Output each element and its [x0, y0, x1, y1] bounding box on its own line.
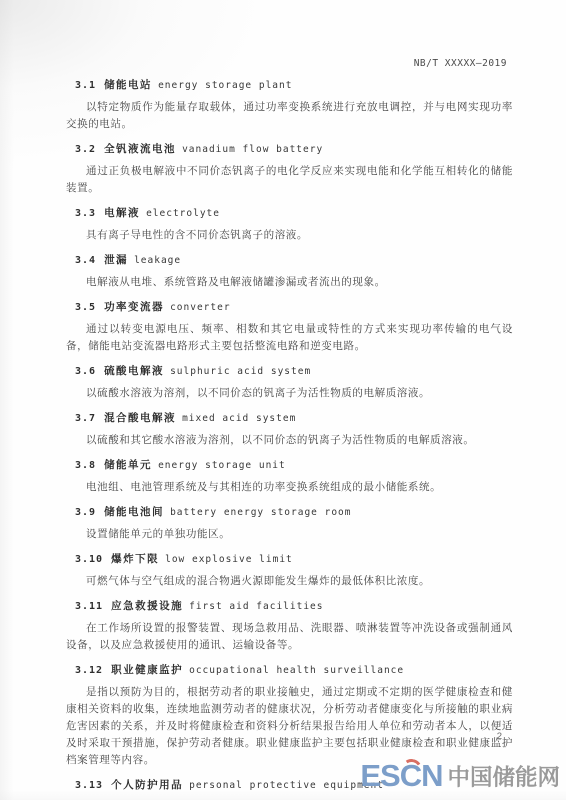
term-number: 3.4 [75, 255, 96, 266]
term-heading: 3.12职业健康监护occupational health surveillan… [75, 662, 513, 678]
term-heading: 3.11应急救援设施first aid facilities [75, 598, 513, 614]
escn-watermark-logo: ESCN中国储能网 [360, 756, 560, 800]
term-number: 3.8 [75, 460, 96, 471]
term-heading: 3.8储能单元energy storage unit [75, 457, 513, 473]
term-chinese: 应急救援设施 [111, 600, 183, 612]
document-content: NB/T XXXXX—2019 3.1储能电站energy storage pl… [66, 58, 513, 799]
term-english: low explosive limit [165, 554, 293, 565]
escn-logo-chinese: 中国储能网 [447, 765, 560, 790]
term-definition: 可燃气体与空气组成的混合物遇火源即能发生爆炸的最低体积比浓度。 [66, 573, 513, 590]
term-chinese: 职业健康监护 [111, 664, 183, 676]
term-chinese: 个人防护用品 [111, 779, 183, 791]
term-english: leakage [134, 255, 181, 266]
term-number: 3.2 [75, 144, 96, 155]
term-english: electrolyte [146, 208, 220, 219]
term-chinese: 储能单元 [104, 459, 152, 471]
term-heading: 3.1储能电站energy storage plant [75, 77, 513, 93]
term-section-3-6: 3.6硫酸电解液sulphuric acid system 以硫酸水溶液为溶剂，… [66, 363, 513, 402]
term-chinese: 储能电池间 [104, 506, 164, 518]
term-definition: 设置储能单元的单独功能区。 [66, 526, 513, 543]
term-heading: 3.7混合酸电解液mixed acid system [75, 410, 513, 426]
term-section-3-8: 3.8储能单元energy storage unit 电池组、电池管理系统及与其… [66, 457, 513, 496]
term-number: 3.7 [75, 413, 96, 424]
term-chinese: 泄漏 [104, 254, 128, 266]
term-number: 3.13 [75, 780, 103, 791]
term-definition: 以硫酸和其它酸水溶液为溶剂，以不同价态的钒离子为活性物质的电解质溶液。 [66, 432, 513, 449]
term-english: occupational health surveillance [189, 665, 404, 676]
term-definition: 具有离子导电性的含不同价态钒离子的溶液。 [66, 227, 513, 244]
term-number: 3.1 [75, 80, 96, 91]
term-heading: 3.10爆炸下限low explosive limit [75, 551, 513, 567]
term-section-3-3: 3.3电解液electrolyte 具有离子导电性的含不同价态钒离子的溶液。 [66, 205, 513, 244]
term-english: first aid facilities [189, 601, 323, 612]
term-section-3-1: 3.1储能电站energy storage plant 以特定物质作为能量存取载… [66, 77, 513, 133]
term-english: converter [170, 302, 230, 313]
term-section-3-9: 3.9储能电池间battery energy storage room 设置储能… [66, 504, 513, 543]
scanned-document-page: NB/T XXXXX—2019 3.1储能电站energy storage pl… [0, 0, 566, 800]
term-heading: 3.2全钒液流电池vanadium flow battery [75, 141, 513, 157]
term-section-3-12: 3.12职业健康监护occupational health surveillan… [66, 662, 513, 769]
term-section-3-4: 3.4泄漏leakage 电解液从电堆、系统管路及电解液储罐渗漏或者流出的现象。 [66, 252, 513, 291]
term-chinese: 硫酸电解液 [104, 365, 164, 377]
standard-reference: NB/T XXXXX—2019 [66, 58, 513, 69]
term-chinese: 电解液 [104, 207, 140, 219]
term-heading: 3.4泄漏leakage [75, 252, 513, 268]
term-number: 3.10 [75, 554, 103, 565]
term-chinese: 功率变流器 [104, 301, 164, 313]
term-heading: 3.3电解液electrolyte [75, 205, 513, 221]
term-section-3-10: 3.10爆炸下限low explosive limit 可燃气体与空气组成的混合… [66, 551, 513, 590]
term-chinese: 混合酸电解液 [104, 412, 176, 424]
term-number: 3.11 [75, 601, 103, 612]
term-definition: 电解液从电堆、系统管路及电解液储罐渗漏或者流出的现象。 [66, 274, 513, 291]
term-heading: 3.5功率变流器converter [75, 299, 513, 315]
term-heading: 3.6硫酸电解液sulphuric acid system [75, 363, 513, 379]
term-definition: 在工作场所设置的报警装置、现场急救用品、洗眼器、喷淋装置等冲洗设备或强制通风设备… [66, 620, 513, 654]
term-definition: 通过以转变电源电压、频率、相数和其它电量或特性的方式来实现功率传输的电气设备，储… [66, 321, 513, 355]
term-english: vanadium flow battery [182, 144, 323, 155]
escn-logo-text: ESCN [360, 758, 442, 793]
term-definition: 以硫酸水溶液为溶剂，以不同价态的钒离子为活性物质的电解质溶液。 [66, 385, 513, 402]
term-definition: 以特定物质作为能量存取载体，通过功率变换系统进行充放电调控，并与电网实现功率交换… [66, 99, 513, 133]
term-english: mixed acid system [182, 413, 296, 424]
term-english: battery energy storage room [170, 507, 351, 518]
term-heading: 3.9储能电池间battery energy storage room [75, 504, 513, 520]
term-definition: 通过正负极电解液中不同价态钒离子的电化学反应来实现电能和化学能互相转化的储能装置… [66, 163, 513, 197]
term-english: personal protective equipment [189, 780, 384, 791]
term-number: 3.6 [75, 366, 96, 377]
term-english: energy storage unit [158, 460, 286, 471]
term-chinese: 全钒液流电池 [104, 143, 176, 155]
term-section-3-2: 3.2全钒液流电池vanadium flow battery 通过正负极电解液中… [66, 141, 513, 197]
term-chinese: 爆炸下限 [111, 553, 159, 565]
term-section-3-11: 3.11应急救援设施first aid facilities 在工作场所设置的报… [66, 598, 513, 654]
term-chinese: 储能电站 [104, 79, 152, 91]
term-section-3-7: 3.7混合酸电解液mixed acid system 以硫酸和其它酸水溶液为溶剂… [66, 410, 513, 449]
term-english: sulphuric acid system [170, 366, 311, 377]
term-number: 3.9 [75, 507, 96, 518]
term-definition: 电池组、电池管理系统及与其相连的功率变换系统组成的最小储能系统。 [66, 479, 513, 496]
term-number: 3.3 [75, 208, 96, 219]
page-number: 2 [497, 731, 502, 742]
term-number: 3.12 [75, 665, 103, 676]
term-english: energy storage plant [158, 80, 292, 91]
term-section-3-5: 3.5功率变流器converter 通过以转变电源电压、频率、相数和其它电量或特… [66, 299, 513, 355]
term-number: 3.5 [75, 302, 96, 313]
